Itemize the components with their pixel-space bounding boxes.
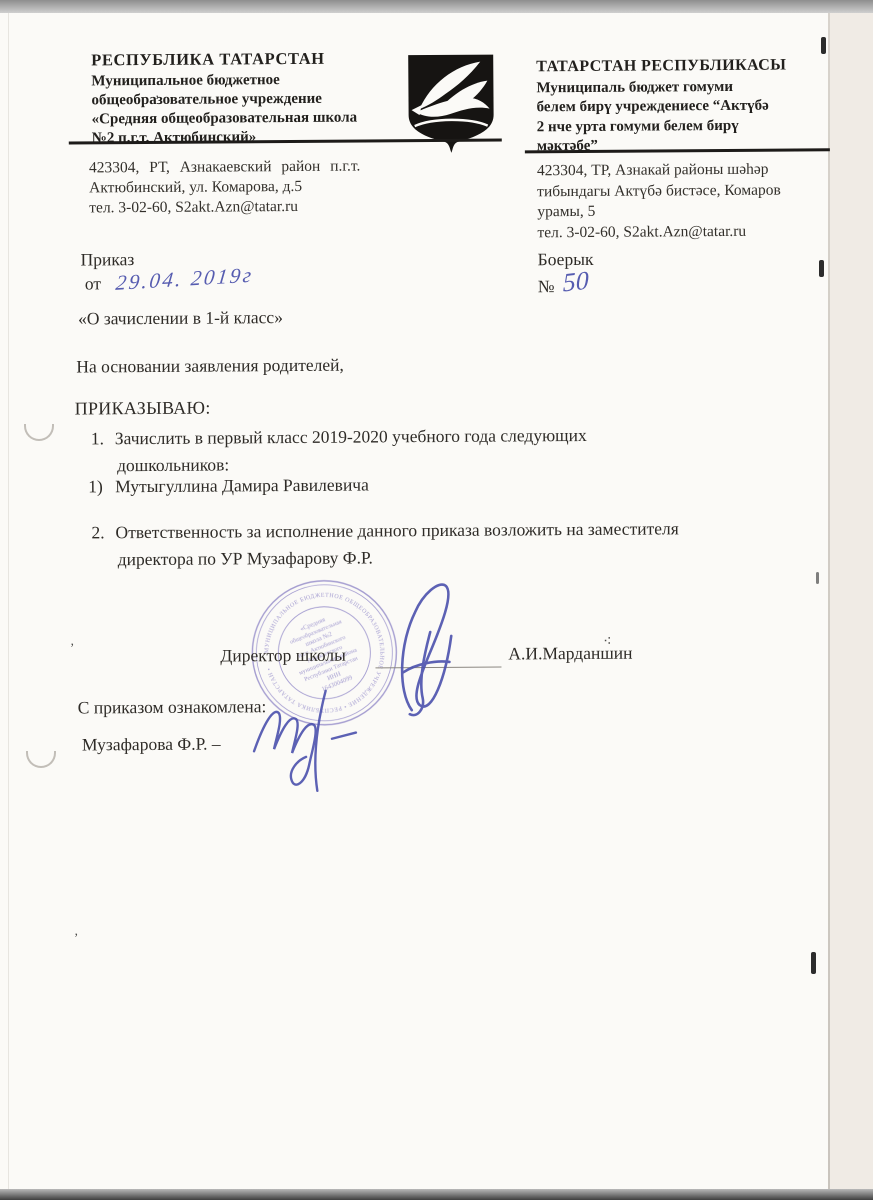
director-label: Директор школы xyxy=(220,645,346,667)
list-item-text: директора по УР Музафарову Ф.Р. xyxy=(118,547,373,570)
scan-speck-artifact: ’ xyxy=(70,640,74,656)
director-signature xyxy=(383,578,476,721)
org-name-russian: РЕСПУБЛИКА ТАТАРСТАН Муниципальное бюдже… xyxy=(91,48,417,148)
sublist-item-number: 1) xyxy=(88,476,103,497)
order-number-handwritten: 50 xyxy=(563,265,589,298)
list-item-text: Ответственность за исполнение данного пр… xyxy=(115,518,678,543)
order-basis: На основании заявления родителей, xyxy=(76,355,344,378)
acknowledged-signature xyxy=(246,686,382,799)
student-name: Мутыгуллина Дамира Равилевича xyxy=(115,474,369,497)
contact-block-russian: 423304, РТ, Азнакаевский район п.г.т. Ак… xyxy=(89,156,429,218)
scan-speck-artifact: ⁖ xyxy=(603,632,612,651)
list-item-text: дошкольников: xyxy=(117,454,229,476)
order-decree-word: ПРИКАЗЫВАЮ: xyxy=(75,398,211,420)
order-date-handwritten: 29.04. 2019г xyxy=(114,263,255,296)
scan-tick-artifact xyxy=(811,952,816,974)
org-region-title: РЕСПУБЛИКА ТАТАРСТАН xyxy=(91,48,416,69)
scan-speck-artifact: ’ xyxy=(74,930,78,946)
scan-tick-artifact xyxy=(819,260,824,277)
list-item-text: Зачислить в первый класс 2019-2020 учебн… xyxy=(115,425,587,449)
acknowledged-name: Музафарова Ф.Р. – xyxy=(82,734,221,756)
order-type-ru: Приказ xyxy=(81,249,135,270)
order-from-label: от xyxy=(85,273,101,294)
scan-edge-top-artifact xyxy=(0,0,873,13)
order-number-label: № xyxy=(538,276,555,297)
scan-tick-artifact xyxy=(821,37,826,54)
order-subject: «О зачислении в 1-й класс» xyxy=(78,307,283,329)
contact-block-tatar: 423304, ТР, Азнакай районы шәһәр тибында… xyxy=(537,159,848,243)
acknowledged-label: С приказом ознакомлена: xyxy=(78,696,267,718)
org-region-title-tatar: ТАТАРСТАН РЕСПУБЛИКАСЫ xyxy=(536,55,836,77)
org-name-tatar: ТАТАРСТАН РЕСПУБЛИКАСЫ Муниципаль бюджет… xyxy=(536,55,837,157)
scan-tick-artifact xyxy=(816,572,819,584)
director-name: А.И.Марданшин xyxy=(508,643,632,665)
scan-speck-artifact: ’ xyxy=(155,92,159,108)
scan-edge-bottom-artifact xyxy=(0,1189,873,1200)
list-item-number: 2. xyxy=(91,522,104,543)
list-item-number: 1. xyxy=(91,428,104,449)
scanned-document-page: ’ ’ ’ ⁖ РЕСПУБЛИКА ТАТАРСТАН Муниципальн… xyxy=(0,0,873,1200)
